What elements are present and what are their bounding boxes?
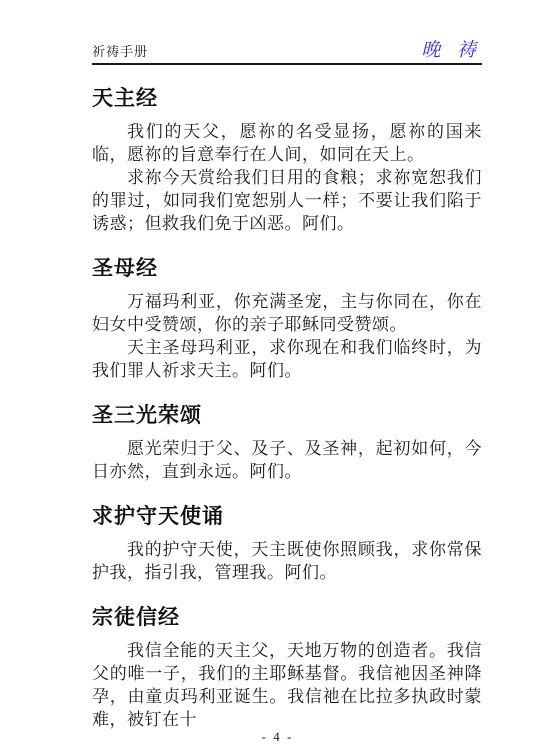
- prayer-paragraph: 愿光荣归于父、及子、及圣神，起初如何，今日亦然，直到永远。阿们。: [92, 437, 482, 483]
- section-apostles-creed: 宗徒信经 我信全能的天主父，天地万物的创造者。我信父的唯一子，我们的主耶稣基督。…: [92, 604, 482, 731]
- prayer-title: 天主经: [92, 85, 482, 111]
- section-glory-be: 圣三光荣颂 愿光荣归于父、及子、及圣神，起初如何，今日亦然，直到永远。阿们。: [92, 402, 482, 483]
- section-hail-mary: 圣母经 万福玛利亚，你充满圣宠，主与你同在，你在妇女中受赞颂，你的亲子耶稣同受赞…: [92, 255, 482, 382]
- prayer-title: 圣母经: [92, 255, 482, 281]
- prayer-paragraph: 我的护守天使，天主既使你照顾我，求你常保护我，指引我，管理我。阿们。: [92, 538, 482, 584]
- section-lords-prayer: 天主经 我们的天父，愿祢的名受显扬，愿祢的国来临，愿祢的旨意奉行在人间，如同在天…: [92, 85, 482, 235]
- prayer-title: 求护守天使诵: [92, 503, 482, 529]
- chapter-label: 晚 祷: [421, 41, 482, 60]
- prayer-paragraph: 天主圣母玛利亚，求你现在和我们临终时，为我们罪人祈求天主。阿们。: [92, 336, 482, 382]
- prayer-title: 宗徒信经: [92, 604, 482, 630]
- section-guardian-angel: 求护守天使诵 我的护守天使，天主既使你照顾我，求你常保护我，指引我，管理我。阿们…: [92, 503, 482, 584]
- prayer-title: 圣三光荣颂: [92, 402, 482, 428]
- prayer-paragraph: 万福玛利亚，你充满圣宠，主与你同在，你在妇女中受赞颂，你的亲子耶稣同受赞颂。: [92, 290, 482, 336]
- booklet-title: 祈祷手册: [92, 41, 148, 60]
- prayer-paragraph: 我信全能的天主父，天地万物的创造者。我信父的唯一子，我们的主耶稣基督。我信祂因圣…: [92, 639, 482, 731]
- prayer-paragraph: 我们的天父，愿祢的名受显扬，愿祢的国来临，愿祢的旨意奉行在人间，如同在天上。: [92, 120, 482, 166]
- page-number: - 4 -: [0, 729, 555, 745]
- running-header: 祈祷手册 晚 祷: [92, 36, 482, 65]
- prayer-book-page: 祈祷手册 晚 祷 天主经 我们的天父，愿祢的名受显扬，愿祢的国来临，愿祢的旨意奉…: [0, 0, 555, 756]
- prayer-paragraph: 求祢今天赏给我们日用的食粮；求祢宽恕我们的罪过，如同我们宽恕别人一样；不要让我们…: [92, 166, 482, 235]
